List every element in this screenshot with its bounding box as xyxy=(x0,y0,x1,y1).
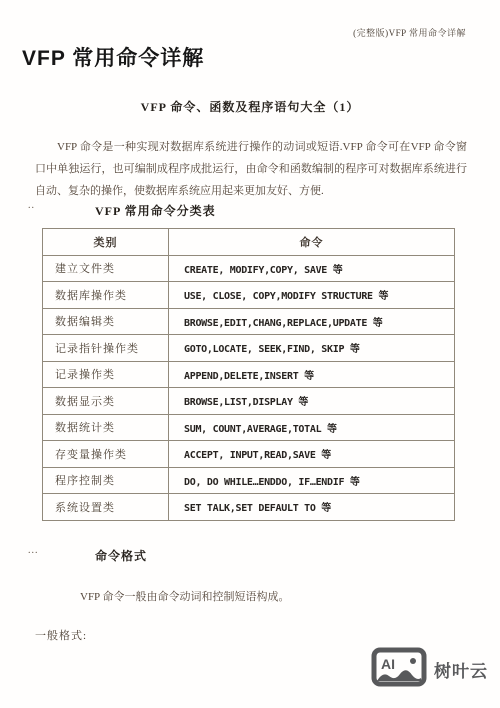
commands-cell: USE, CLOSE, COPY,MODIFY STRUCTURE 等 xyxy=(169,282,455,309)
section-format-heading: ... 命令格式 xyxy=(0,547,500,563)
commands-cell: ACCEPT, INPUT,READ,SAVE 等 xyxy=(169,441,455,468)
watermark-logo: AI 树叶云 xyxy=(371,647,488,692)
category-cell: 存变量操作类 xyxy=(43,441,169,468)
commands-cell: DO, DO WHILE…ENDDO, IF…ENDIF 等 xyxy=(169,467,455,494)
classification-table-heading: VFP 常用命令分类表 xyxy=(95,202,216,219)
page-header-text: (完整版)VFP 常用命令详解 xyxy=(353,26,466,39)
table-row: 数据统计类 SUM, COUNT,AVERAGE,TOTAL 等 xyxy=(43,414,455,441)
column-header-category: 类别 xyxy=(43,229,169,256)
brand-name: 树叶云 xyxy=(434,657,488,682)
general-format-label: 一般格式: xyxy=(35,627,87,643)
table-row: 记录指针操作类 GOTO,LOCATE, SEEK,FIND, SKIP 等 xyxy=(43,335,455,362)
category-cell: 数据库操作类 xyxy=(43,282,169,309)
table-row: 系统设置类 SET TALK,SET DEFAULT TO 等 xyxy=(43,494,455,521)
command-format-heading: 命令格式 xyxy=(95,547,147,564)
commands-cell: GOTO,LOCATE, SEEK,FIND, SKIP 等 xyxy=(169,335,455,362)
column-header-command: 命令 xyxy=(169,229,455,256)
section-classification-heading: .. VFP 常用命令分类表 xyxy=(0,202,500,218)
category-cell: 程序控制类 xyxy=(43,467,169,494)
table-row: 建立文件类 CREATE, MODIFY,COPY, SAVE 等 xyxy=(43,255,455,282)
category-cell: 记录指针操作类 xyxy=(43,335,169,362)
list-marker: ... xyxy=(28,545,39,556)
commands-cell: SET TALK,SET DEFAULT TO 等 xyxy=(169,494,455,521)
category-cell: 系统设置类 xyxy=(43,494,169,521)
list-marker: .. xyxy=(28,200,35,211)
format-paragraph: VFP 命令一般由命令动词和控制短语构成。 xyxy=(80,588,290,604)
commands-cell: SUM, COUNT,AVERAGE,TOTAL 等 xyxy=(169,414,455,441)
commands-cell: BROWSE,LIST,DISPLAY 等 xyxy=(169,388,455,415)
table-row: 数据显示类 BROWSE,LIST,DISPLAY 等 xyxy=(43,388,455,415)
intro-paragraph: VFP 命令是一种实现对数据库系统进行操作的动词或短语.VFP 命令可在VFP … xyxy=(35,136,467,202)
commands-cell: CREATE, MODIFY,COPY, SAVE 等 xyxy=(169,255,455,282)
table-header-row: 类别 命令 xyxy=(43,229,455,256)
svg-text:AI: AI xyxy=(381,656,395,672)
category-cell: 建立文件类 xyxy=(43,255,169,282)
document-subtitle: VFP 命令、函数及程序语句大全（1） xyxy=(0,98,500,115)
table-row: 数据库操作类 USE, CLOSE, COPY,MODIFY STRUCTURE… xyxy=(43,282,455,309)
table-row: 记录操作类 APPEND,DELETE,INSERT 等 xyxy=(43,361,455,388)
category-cell: 数据显示类 xyxy=(43,388,169,415)
category-cell: 记录操作类 xyxy=(43,361,169,388)
category-cell: 数据编辑类 xyxy=(43,308,169,335)
ai-picture-icon: AI xyxy=(371,647,427,692)
table-row: 数据编辑类 BROWSE,EDIT,CHANG,REPLACE,UPDATE 等 xyxy=(43,308,455,335)
page-title: VFP 常用命令详解 xyxy=(22,42,204,72)
command-classification-table: 类别 命令 建立文件类 CREATE, MODIFY,COPY, SAVE 等 … xyxy=(42,228,455,521)
category-cell: 数据统计类 xyxy=(43,414,169,441)
commands-cell: APPEND,DELETE,INSERT 等 xyxy=(169,361,455,388)
table-row: 存变量操作类 ACCEPT, INPUT,READ,SAVE 等 xyxy=(43,441,455,468)
table-row: 程序控制类 DO, DO WHILE…ENDDO, IF…ENDIF 等 xyxy=(43,467,455,494)
commands-cell: BROWSE,EDIT,CHANG,REPLACE,UPDATE 等 xyxy=(169,308,455,335)
document-page: (完整版)VFP 常用命令详解 VFP 常用命令详解 VFP 命令、函数及程序语… xyxy=(0,0,500,708)
